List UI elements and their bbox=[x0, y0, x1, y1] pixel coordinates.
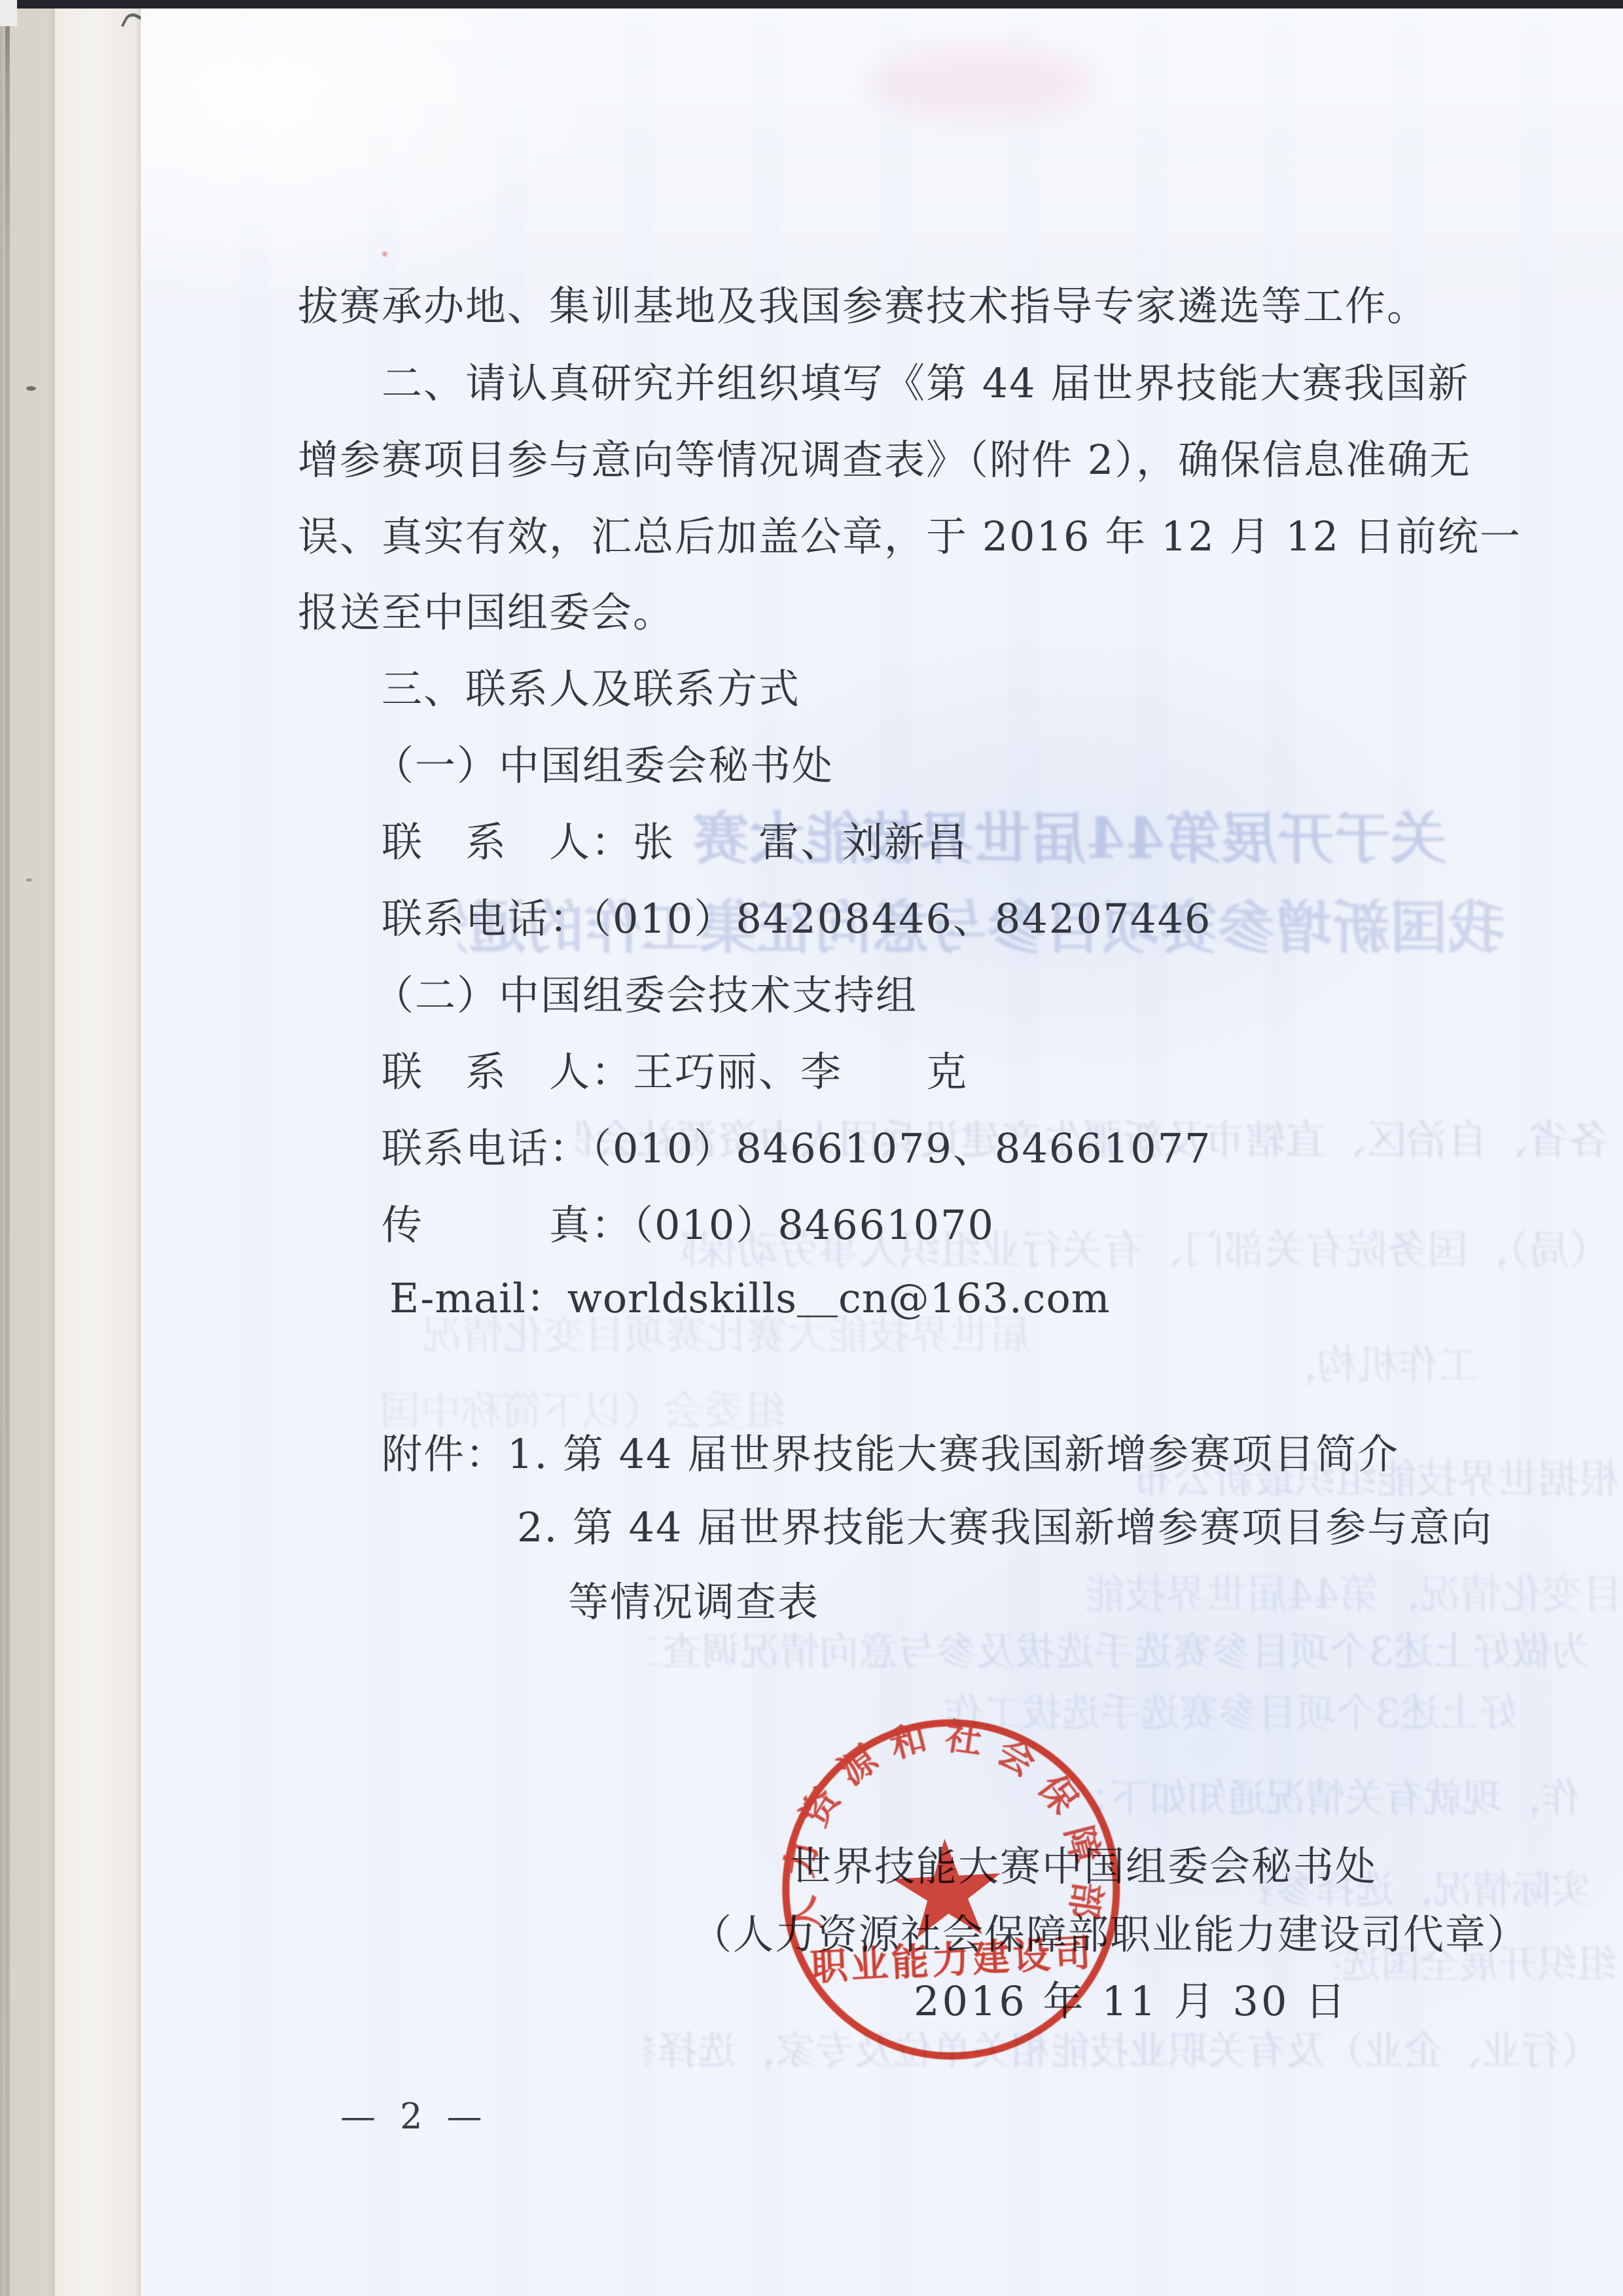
scanned-official-document: { "document": { "body_lines": [ "拔赛承办地、集… bbox=[0, 0, 1623, 2296]
bleedthrough-text-line: 目变化情况，第44届世界技能 bbox=[870, 1562, 1623, 1615]
dust-speck bbox=[26, 878, 32, 882]
official-red-stamp: 人力资源和社会保障部 职业能力建设司 bbox=[770, 1706, 1128, 2066]
page-number: — 2 — bbox=[340, 2096, 489, 2137]
attachment-line: 等情况调查表 bbox=[568, 1579, 819, 1626]
attachment-line: 附件：1. 第 44 届世界技能大赛我国新增参赛项目简介 bbox=[382, 1431, 1399, 1478]
attachment-line: 2. 第 44 届世界技能大赛我国新增参赛项目参与意向 bbox=[517, 1504, 1493, 1551]
bleedthrough-text-line: 工作机构， bbox=[1276, 1333, 1479, 1386]
body-line: 拔赛承办地、集训基地及我国参赛技术指导专家遴选等工作。 bbox=[298, 283, 1429, 330]
email-line: E-mail：worldskills＿cn@163.com bbox=[389, 1275, 1111, 1322]
body-line: 报送至中国组委会。 bbox=[298, 589, 675, 636]
contact-phone-line: 联系电话：（010）84208446、84207446 bbox=[382, 895, 1211, 942]
fax-line: 传 真：（010）84661070 bbox=[382, 1202, 995, 1249]
paper-stack-edge bbox=[55, 7, 141, 2296]
bleedthrough-text-line: 组委会（以下简称中国 bbox=[366, 1378, 785, 1431]
body-line: 三、联系人及联系方式 bbox=[382, 666, 800, 713]
scanner-top-left-corner bbox=[0, 0, 17, 26]
scanner-left-shadow-line bbox=[5, 0, 10, 2296]
pink-scan-smudge bbox=[870, 46, 1093, 121]
body-line: （一）中国组委会秘书处 bbox=[373, 742, 834, 789]
bleedthrough-text-line: 为做好上述3个项目参赛选手选拔及参与意向情况调查工 bbox=[648, 1621, 1590, 1672]
body-line: 误、真实有效，汇总后加盖公章，于 2016 年 12 月 12 日前统一 bbox=[298, 513, 1522, 560]
body-line: （二）中国组委会技术支持组 bbox=[373, 972, 918, 1019]
scanner-top-dark-band bbox=[12, 0, 1623, 9]
svg-text:人力资源和社会保障部: 人力资源和社会保障部 bbox=[770, 1707, 1111, 1939]
stamp-arc-text: 人力资源和社会保障部 bbox=[770, 1706, 1118, 2056]
body-line: 增参赛项目参与意向等情况调查表》（附件 2），确保信息准确无 bbox=[298, 437, 1471, 484]
contact-name-line: 联 系 人：王巧丽、李 克 bbox=[382, 1049, 968, 1096]
contact-phone-line: 联系电话：（010）84661079、84661077 bbox=[382, 1125, 1211, 1172]
dust-speck bbox=[26, 386, 36, 391]
red-ink-speck bbox=[382, 251, 387, 257]
contact-name-line: 联 系 人：张 雷、刘新昌 bbox=[382, 819, 968, 866]
body-line: 二、请认真研究并组织填写《第 44 届世界技能大赛我国新 bbox=[382, 360, 1469, 407]
